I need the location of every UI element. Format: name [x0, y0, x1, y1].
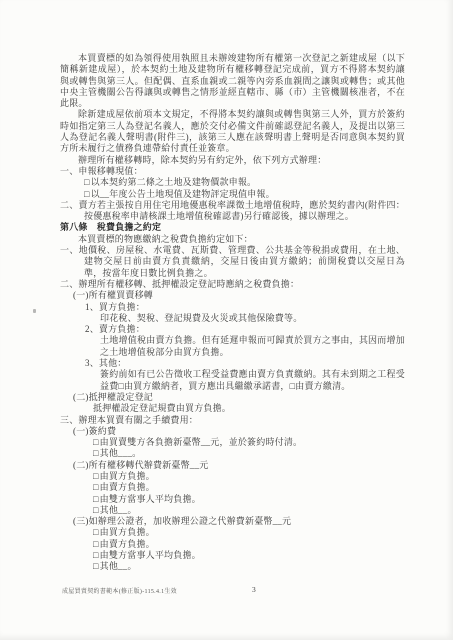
line-text: 由買方負擔。	[100, 471, 155, 481]
checkbox-icon: □	[93, 471, 99, 481]
checkbox-option: □由買方負擔。	[93, 527, 405, 538]
detail-text: 簽約前如有已公告徵收工程受益費應由賣方負責繳納。其有未到期之工程受益費□由買方繳…	[100, 369, 405, 392]
checkbox-option: □由賣方負擔。	[93, 482, 405, 493]
checkbox-option: □由買方負擔。	[93, 471, 405, 482]
line-text: 由雙方當事人平均負擔。	[100, 494, 201, 504]
line-text: 土地增值稅由賣方負擔。但有延遲申報而可歸責於買方之事由，其因而增加之土地增值稅部…	[100, 335, 405, 356]
scan-speck	[33, 309, 36, 313]
line-text: 以__年度公告土地現值及建物評定現值申報。	[91, 189, 275, 199]
numbered-item: 一、申報移轉現值：	[60, 166, 405, 177]
numbered-item: 一、地價稅、房屋稅、水電費、瓦斯費、管理費、公共基金等稅捐或費用，在土地、建物交…	[60, 245, 405, 279]
checkbox-icon: □	[93, 539, 99, 549]
numbered-item: 二、辦理所有權移轉、抵押權設定登記時應納之稅費負擔：	[60, 279, 405, 290]
line-text: 三、辦理本買賣有關之手續費用：	[60, 415, 198, 425]
checkbox-icon: □	[84, 177, 90, 187]
checkbox-icon: □	[93, 561, 99, 571]
line-text: 除新建成屋依前項本文規定，不得將本契約讓與或轉售與第三人外，買方於簽約時如指定第…	[60, 109, 405, 153]
line-text: 其他__。	[100, 561, 137, 571]
line-text: 一、申報移轉現值：	[60, 166, 143, 176]
page-footer: 成屋買賣契約書範本(修正版)-115.4.1生效 3	[62, 586, 433, 595]
line-text: 本買賣標的物應繳納之稅費負擔約定如下：	[78, 234, 253, 244]
paragraph: 本買賣標的物應繳納之稅費負擔約定如下：	[60, 234, 405, 245]
line-text: 印花稅、契稅、登記規費及火災或其他保險費等。	[100, 313, 302, 323]
sub-item: (一)所有權買賣移轉	[73, 290, 405, 301]
sub-item: (二)抵押權設定登記	[73, 392, 405, 403]
line-text: 以本契約第二條之土地及建物價款申報。	[91, 177, 257, 187]
sub-item: (二)所有權移轉代辦費新臺幣__元	[73, 460, 405, 471]
checkbox-option: □以本契約第二條之土地及建物價款申報。	[84, 177, 405, 188]
line-text: 本買賣標的如為領得使用執照且未辦竣建物所有權第一次登記之新建成屋（以下簡稱新建成…	[60, 53, 405, 108]
clause-heading: 第八條 稅費負擔之約定	[60, 222, 405, 233]
line-text: (三)如辦理公證者，加收辦理公證之代辦費新臺幣__元	[73, 516, 291, 526]
checkbox-option: □由雙方當事人平均負擔。	[93, 550, 405, 561]
line-text: 簽約前如有已公告徵收工程受益費應由賣方負責繳納。其有未到期之工程受益費□由買方繳…	[100, 369, 405, 390]
contract-body: 本買賣標的如為領得使用執照且未辦竣建物所有權第一次登記之新建成屋（以下簡稱新建成…	[60, 53, 405, 573]
checkbox-icon: □	[93, 482, 99, 492]
sub-item: 2、賣方負擔：	[85, 324, 405, 335]
checkbox-icon: □	[93, 550, 99, 560]
sub-item: 1、買方負擔：	[85, 302, 405, 313]
line-text: (一)簽約費	[73, 426, 116, 436]
line-text: 二、賣方若主張按自用住宅用地優惠稅率課徵土地增值稅時，應於契約書內(附件四：按優…	[60, 200, 405, 221]
paragraph: 本買賣標的如為領得使用執照且未辦竣建物所有權第一次登記之新建成屋（以下簡稱新建成…	[60, 53, 405, 109]
paragraph: 除新建成屋依前項本文規定，不得將本契約讓與或轉售與第三人外，買方於簽約時如指定第…	[60, 109, 405, 154]
checkbox-icon: □	[84, 189, 90, 199]
line-text: 抵押權設定登記規費由買方負擔。	[93, 403, 231, 413]
line-text: 一、地價稅、房屋稅、水電費、瓦斯費、管理費、公共基金等稅捐或費用，在土地、建物交…	[60, 245, 405, 278]
checkbox-option: □由買賣雙方各負擔新臺幣__元，並於簽約時付清。	[93, 437, 405, 448]
detail-text: 抵押權設定登記規費由買方負擔。	[93, 403, 405, 414]
checkbox-icon: □	[93, 494, 99, 504]
line-text: 由買方負擔。	[100, 527, 155, 537]
footer-version-note: 成屋買賣契約書範本(修正版)-115.4.1生效	[62, 589, 177, 595]
checkbox-icon: □	[93, 527, 99, 537]
line-text: (二)抵押權設定登記	[73, 392, 153, 402]
sub-item: 3、其他：	[85, 358, 405, 369]
line-text: 由雙方當事人平均負擔。	[100, 550, 201, 560]
checkbox-option: □其他___。	[93, 448, 405, 459]
checkbox-option: □其他__。	[93, 561, 405, 572]
line-text: 由買賣雙方各負擔新臺幣__元，並於簽約時付清。	[100, 437, 303, 447]
page-number: 3	[252, 585, 256, 594]
checkbox-icon: □	[93, 448, 99, 458]
detail-text: 土地增值稅由賣方負擔。但有延遲申報而可歸責於買方之事由，其因而增加之土地增值稅部…	[100, 335, 405, 358]
sub-item: (三)如辦理公證者，加收辦理公證之代辦費新臺幣__元	[73, 516, 405, 527]
line-text: 由賣方負擔。	[100, 482, 155, 492]
line-text: (二)所有權移轉代辦費新臺幣__元	[73, 460, 208, 470]
checkbox-icon: □	[93, 437, 99, 447]
line-text: 二、辦理所有權移轉、抵押權設定登記時應納之稅費負擔：	[60, 279, 299, 289]
line-text: 第八條 稅費負擔之約定	[60, 222, 161, 232]
checkbox-option: □以__年度公告土地現值及建物評定現值申報。	[84, 189, 405, 200]
line-text: 其他___。	[100, 448, 142, 458]
numbered-item: 二、賣方若主張按自用住宅用地優惠稅率課徵土地增值稅時，應於契約書內(附件四：按優…	[60, 200, 405, 223]
paragraph: 辦理所有權移轉時，除本契約另有約定外，依下列方式辦理：	[60, 155, 405, 166]
checkbox-option: □由雙方當事人平均負擔。	[93, 494, 405, 505]
line-text: (一)所有權買賣移轉	[73, 290, 153, 300]
contract-page: 本買賣標的如為領得使用執照且未辦竣建物所有權第一次登記之新建成屋（以下簡稱新建成…	[0, 0, 453, 640]
line-text: 1、買方負擔：	[85, 302, 145, 312]
line-text: 辦理所有權移轉時，除本契約另有約定外，依下列方式辦理：	[78, 155, 326, 165]
line-text: 由賣方負擔。	[100, 539, 155, 549]
detail-text: 印花稅、契稅、登記規費及火災或其他保險費等。	[100, 313, 405, 324]
line-text: 2、賣方負擔：	[85, 324, 145, 334]
checkbox-icon: □	[93, 505, 99, 515]
sub-item: (一)簽約費	[73, 426, 405, 437]
line-text: 3、其他：	[85, 358, 127, 368]
numbered-item: 三、辦理本買賣有關之手續費用：	[60, 415, 405, 426]
checkbox-option: □其他__。	[93, 505, 405, 516]
line-text: 其他__。	[100, 505, 137, 515]
checkbox-option: □由賣方負擔。	[93, 539, 405, 550]
